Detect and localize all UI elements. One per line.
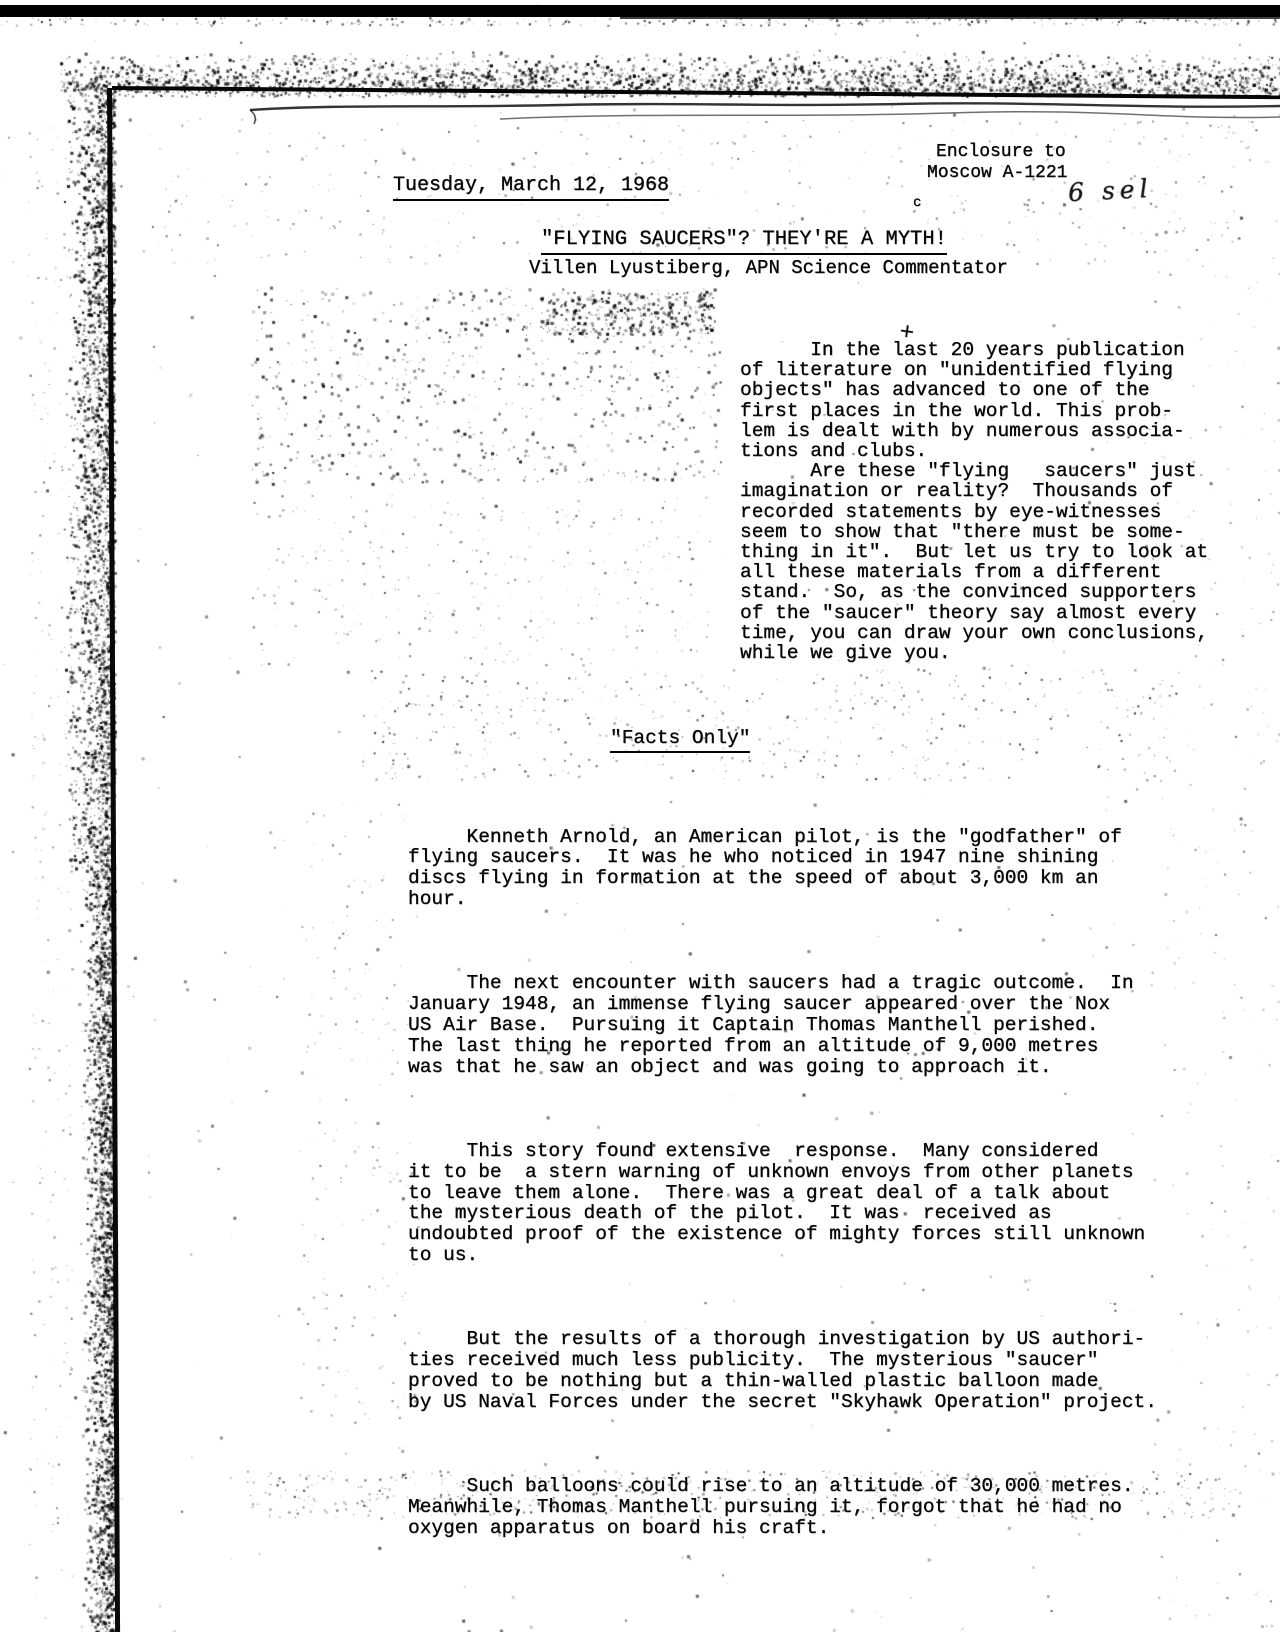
scanned-document-page: Enclosure to Moscow A-1221 6 sel c Tuesd… [0, 0, 1280, 1632]
document-title-text: "FLYING SAUCERS"? THEY'RE A MYTH! [541, 228, 947, 255]
document-content: Enclosure to Moscow A-1221 6 sel c Tuesd… [0, 0, 1280, 1632]
body-text: Kenneth Arnold, an American pilot, is th… [408, 785, 1157, 1602]
enclosure-note-line2: Moscow A-1221 [927, 163, 1067, 183]
stray-pen-mark: c [913, 195, 921, 211]
handwritten-annotation: 6 sel [1067, 174, 1153, 207]
section-heading-facts-only: "Facts Only" [610, 727, 750, 749]
intro-paragraphs: In the last 20 years publication of lite… [740, 340, 1208, 663]
enclosure-note-line1: Enclosure to [936, 142, 1066, 162]
body-paragraph: But the results of a thorough investigat… [408, 1329, 1157, 1412]
date-text: Tuesday, March 12, 1968 [393, 174, 669, 201]
body-paragraph: The next encounter with saucers had a tr… [408, 973, 1157, 1077]
section-heading-text: "Facts Only" [610, 727, 750, 753]
body-paragraph: This story found extensive response. Man… [408, 1141, 1157, 1266]
document-title: "FLYING SAUCERS"? THEY'RE A MYTH! [541, 228, 947, 251]
date-line: Tuesday, March 12, 1968 [393, 174, 669, 197]
body-paragraph: Such balloons could rise to an altitude … [408, 1476, 1157, 1538]
body-paragraph: Kenneth Arnold, an American pilot, is th… [408, 827, 1157, 910]
document-byline: Villen Lyustiberg, APN Science Commentat… [529, 257, 1008, 279]
